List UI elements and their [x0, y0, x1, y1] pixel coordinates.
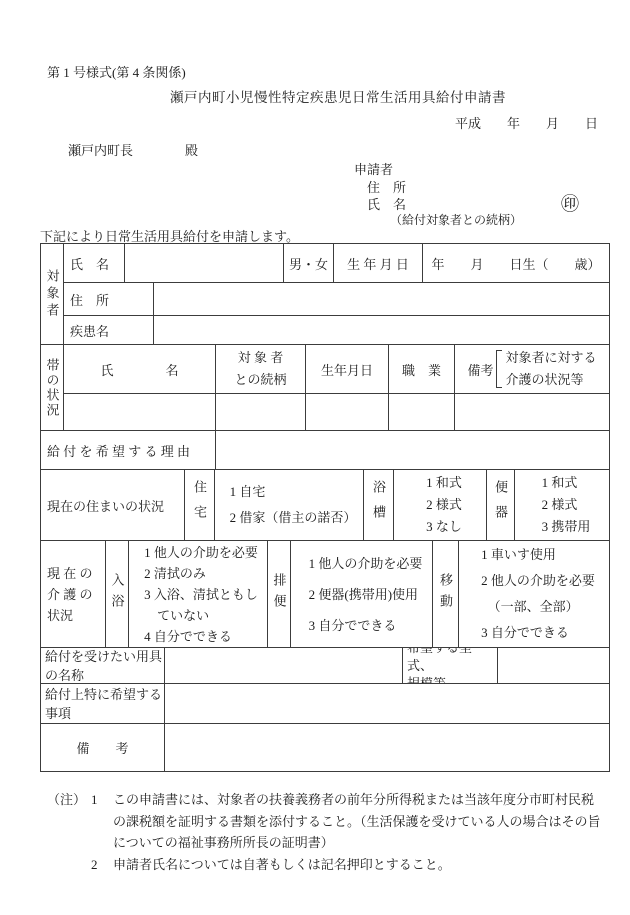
row-special-request: 給付上特に希望する 事項 — [41, 684, 609, 724]
house-options: 1 自宅 2 借家（借主の諾否） — [215, 470, 364, 540]
benefit-reason-label: 給 付 を 希 望 す る 理 由 — [41, 431, 216, 469]
remarks-label: 備 考 — [41, 724, 165, 771]
scanned-application-form: 第 1 号様式(第 4 条関係) 瀬戸内町小児慢性特定疾患児日常生活用具給付申請… — [0, 0, 630, 915]
household-birth-input-cell — [306, 394, 389, 430]
row-household-header: 氏 名 対 象 者 との続柄 生年月日 職 業 備考 対象者に対する 介護の状況… — [64, 345, 609, 394]
target-name-input-cell — [125, 244, 284, 282]
note-1-number: 1 — [91, 789, 113, 854]
row-household-entry — [64, 394, 609, 430]
target-birthdate-value-cell: 年 月 日生（ 歳） — [423, 244, 609, 282]
benefit-reason-input-cell — [216, 431, 609, 469]
household-name-header: 氏 名 — [64, 345, 216, 393]
note-2-number: 2 — [91, 854, 113, 876]
household-name-input-cell — [64, 394, 216, 430]
current-care-label: 現 在 の 介 護 の 状況 — [41, 541, 106, 647]
row-target-address: 住 所 — [64, 283, 609, 316]
excretion-vertical-label: 排便 — [268, 541, 291, 647]
footer-notes: （注） 1 この申請書には、対象者の扶養義務者の前年分所得税または当該年度分市町… — [47, 789, 610, 875]
relation-note: （給付対象者との続柄） — [390, 211, 522, 228]
household-vertical-label: 帯の状況 — [41, 345, 64, 430]
desired-model-input-cell — [498, 648, 609, 683]
row-target-disease: 疾患名 — [64, 316, 609, 344]
row-remarks: 備 考 — [41, 724, 609, 771]
household-relation-header: 対 象 者 との続柄 — [216, 345, 306, 393]
target-address-input-cell — [154, 283, 609, 315]
row-current-care: 現 在 の 介 護 の 状況 入浴 1 他人の介助を必要 2 清拭のみ 3 入浴… — [41, 541, 609, 648]
household-job-header: 職 業 — [389, 345, 455, 393]
household-remarks-input-cell — [455, 394, 609, 430]
excretion-options: 1 他人の介助を必要 2 便器(携帯用)使用 3 自分でできる — [291, 541, 433, 647]
row-current-housing: 現在の住まいの状況 住宅 1 自宅 2 借家（借主の諾否） 浴槽 1 和式 2 … — [41, 470, 609, 541]
target-disease-label: 疾患名 — [64, 316, 154, 344]
target-address-label: 住 所 — [64, 283, 154, 315]
target-disease-input-cell — [154, 316, 609, 344]
special-request-label: 給付上特に希望する 事項 — [41, 684, 165, 723]
equipment-name-label: 給付を受けたい用具 の名称 — [41, 648, 165, 683]
household-relation-input-cell — [216, 394, 306, 430]
note-2-text: 申請者氏名については自著もしくは記名押印とすること。 — [113, 854, 610, 876]
row-target-name: 氏 名 男・女 生 年 月 日 年 月 日生（ 歳） — [64, 244, 609, 283]
seal-mark-icon: ㊞ — [561, 190, 579, 216]
section-target-person: 対象者 氏 名 男・女 生 年 月 日 年 月 日生（ 歳） 住 所 疾患名 — [41, 244, 609, 345]
household-remarks-header: 備考 対象者に対する 介護の状況等 — [455, 345, 609, 393]
target-person-vertical-label: 対象者 — [41, 244, 64, 344]
bathing-vertical-label: 入浴 — [106, 541, 129, 647]
target-birthdate-label: 生 年 月 日 — [334, 244, 423, 282]
desired-model-label: 希望する型式、 規模等 — [403, 648, 498, 683]
mobility-vertical-label: 移動 — [433, 541, 459, 647]
form-number: 第 1 号様式(第 4 条関係) — [47, 62, 186, 81]
note-item-2: 2 申請者氏名については自著もしくは記名押印とすること。 — [47, 854, 610, 876]
applicant-label: 申請者 — [354, 159, 393, 178]
section-household-status: 帯の状況 氏 名 対 象 者 との続柄 生年月日 職 業 備考 対象者に対する … — [41, 345, 609, 431]
bathtub-vertical-label: 浴槽 — [364, 470, 394, 540]
mobility-options: 1 車いす使用 2 他人の介助を必要 （一部、全部） 3 自分でできる — [459, 541, 609, 647]
document-title: 瀬戸内町小児慢性特定疾患児日常生活用具給付申請書 — [170, 86, 506, 106]
bracket-icon — [496, 350, 502, 388]
current-housing-label: 現在の住まいの状況 — [41, 470, 185, 540]
date-line: 平成 年 月 日 — [455, 113, 598, 132]
bathing-options: 1 他人の介助を必要 2 清拭のみ 3 入浴、清拭ともし ていない 4 自分でで… — [129, 541, 268, 647]
household-job-input-cell — [389, 394, 455, 430]
note-marker: （注） — [47, 789, 91, 854]
addressee-line: 瀬戸内町長 殿 — [68, 140, 198, 159]
row-equipment-name: 給付を受けたい用具 の名称 希望する型式、 規模等 — [41, 648, 609, 684]
household-remarks-label: 備考 — [467, 360, 493, 379]
application-table: 対象者 氏 名 男・女 生 年 月 日 年 月 日生（ 歳） 住 所 疾患名 — [40, 243, 610, 772]
household-birth-header: 生年月日 — [306, 345, 389, 393]
target-sex-label: 男・女 — [284, 244, 334, 282]
target-name-label: 氏 名 — [64, 244, 125, 282]
bathtub-options: 1 和式 2 様式 3 なし — [394, 470, 487, 540]
equipment-name-input-cell — [165, 648, 403, 683]
note-item-1: （注） 1 この申請書には、対象者の扶養義務者の前年分所得税または当該年度分市町… — [47, 789, 610, 854]
remarks-input-cell — [165, 724, 609, 771]
note-1-text: この申請書には、対象者の扶養義務者の前年分所得税または当該年度分市町村民税 の課… — [113, 789, 610, 854]
toilet-vertical-label: 便器 — [487, 470, 515, 540]
house-vertical-label: 住宅 — [185, 470, 215, 540]
toilet-options: 1 和式 2 様式 3 携帯用 — [515, 470, 609, 540]
row-benefit-reason: 給 付 を 希 望 す る 理 由 — [41, 431, 609, 470]
special-request-input-cell — [165, 684, 609, 723]
household-remarks-lines: 対象者に対する 介護の状況等 — [506, 347, 597, 391]
note-2-spacer — [47, 854, 91, 876]
